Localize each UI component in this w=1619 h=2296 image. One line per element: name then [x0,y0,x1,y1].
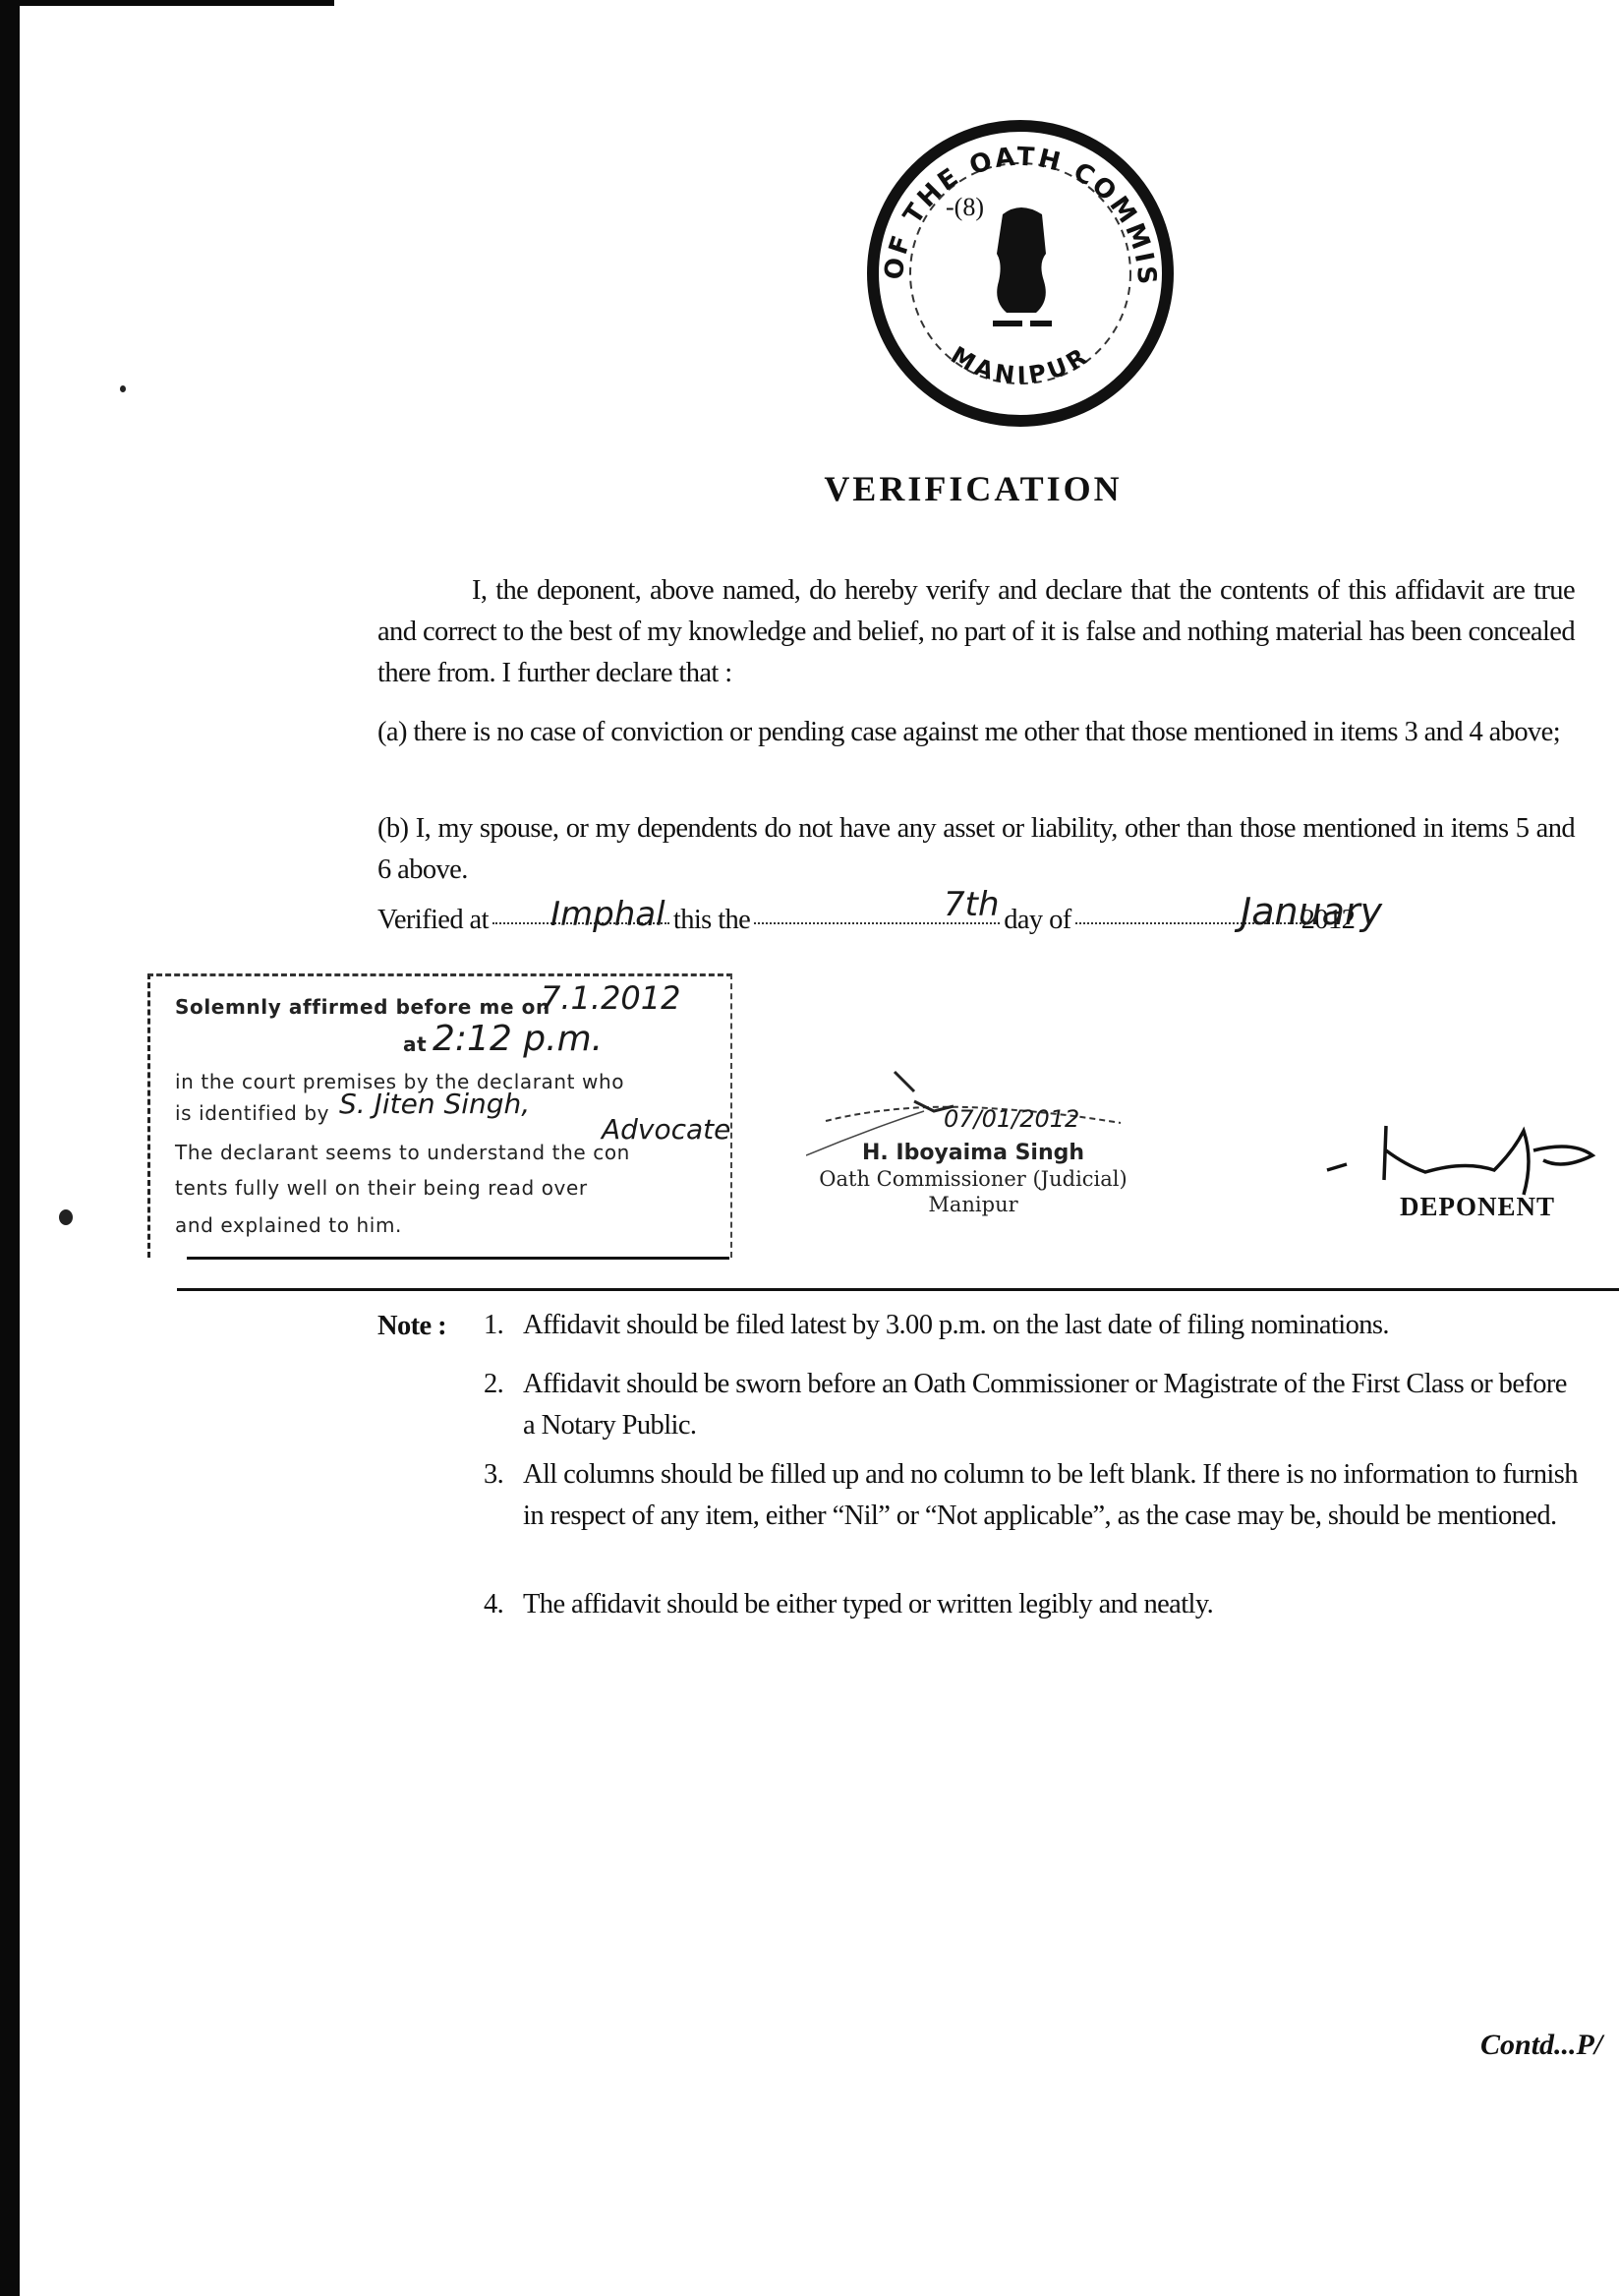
svg-text:MANIPUR: MANIPUR [946,341,1094,389]
scan-shadow-left [0,0,20,2296]
note-item: 3. All columns should be filled up and n… [484,1454,1585,1537]
official-seal: OFFICE OF THE OATH COMMISSIONER MANIPUR [863,116,1178,431]
this-the-label: this the [673,905,750,936]
handwritten-day: 7th [944,885,1000,924]
continued-marker: Contd...P/ [1480,2029,1602,2062]
declaration-intro: I, the deponent, above named, do hereby … [377,570,1575,694]
day-of-label: day of [1004,905,1070,936]
note-item: 2. Affidavit should be sworn before an O… [484,1364,1585,1446]
commissioner-title: Oath Commissioner (Judicial) [777,1167,1170,1191]
note-item: 4. The affidavit should be either typed … [484,1584,1585,1625]
stamp-line-7: and explained to him. [175,1213,402,1237]
deponent-signature [1317,1121,1612,1200]
stamp-line-1: Solemnly affirmed before me on [175,995,550,1019]
scan-speck [59,1209,73,1225]
commissioner-place: Manipur [777,1193,1170,1216]
handwritten-month: January [1241,890,1382,933]
stamp-line-5: The declarant seems to understand the co… [175,1141,630,1164]
commissioner-block: H. Iboyaima Singh Oath Commissioner (Jud… [777,1141,1170,1216]
verified-at-label: Verified at [377,905,489,936]
handwritten-affirm-date: 7.1.2012 [541,979,681,1017]
stamp-line-6: tents fully well on their being read ove… [175,1176,588,1200]
notes-label: Note : [377,1311,446,1342]
commissioner-sign-date: 07/01/2012 [944,1105,1079,1133]
note-item: 1. Affidavit should be filed latest by 3… [484,1305,1585,1346]
handwritten-affirm-time: 2:12 p.m. [433,1019,603,1059]
stamp-line-2: at [403,1032,427,1056]
section-divider [177,1288,1619,1291]
page-title: VERIFICATION [0,468,1619,509]
national-emblem-icon [993,207,1052,326]
page-marker: -(8) [946,193,984,222]
scan-speck [120,385,126,392]
declaration-item-a: (a) there is no case of conviction or pe… [377,712,1575,753]
scan-shadow-top [0,0,334,6]
handwritten-place: Imphal [550,895,665,934]
deponent-label: DEPONENT [1400,1192,1555,1222]
stamp-line-4: is identified by [175,1101,329,1125]
declaration-item-b: (b) I, my spouse, or my dependents do no… [377,808,1575,891]
handwritten-identifier: S. Jiten Singh, [339,1088,530,1120]
commissioner-name: H. Iboyaima Singh [777,1141,1170,1165]
stamp-bottom-rule [187,1257,729,1260]
